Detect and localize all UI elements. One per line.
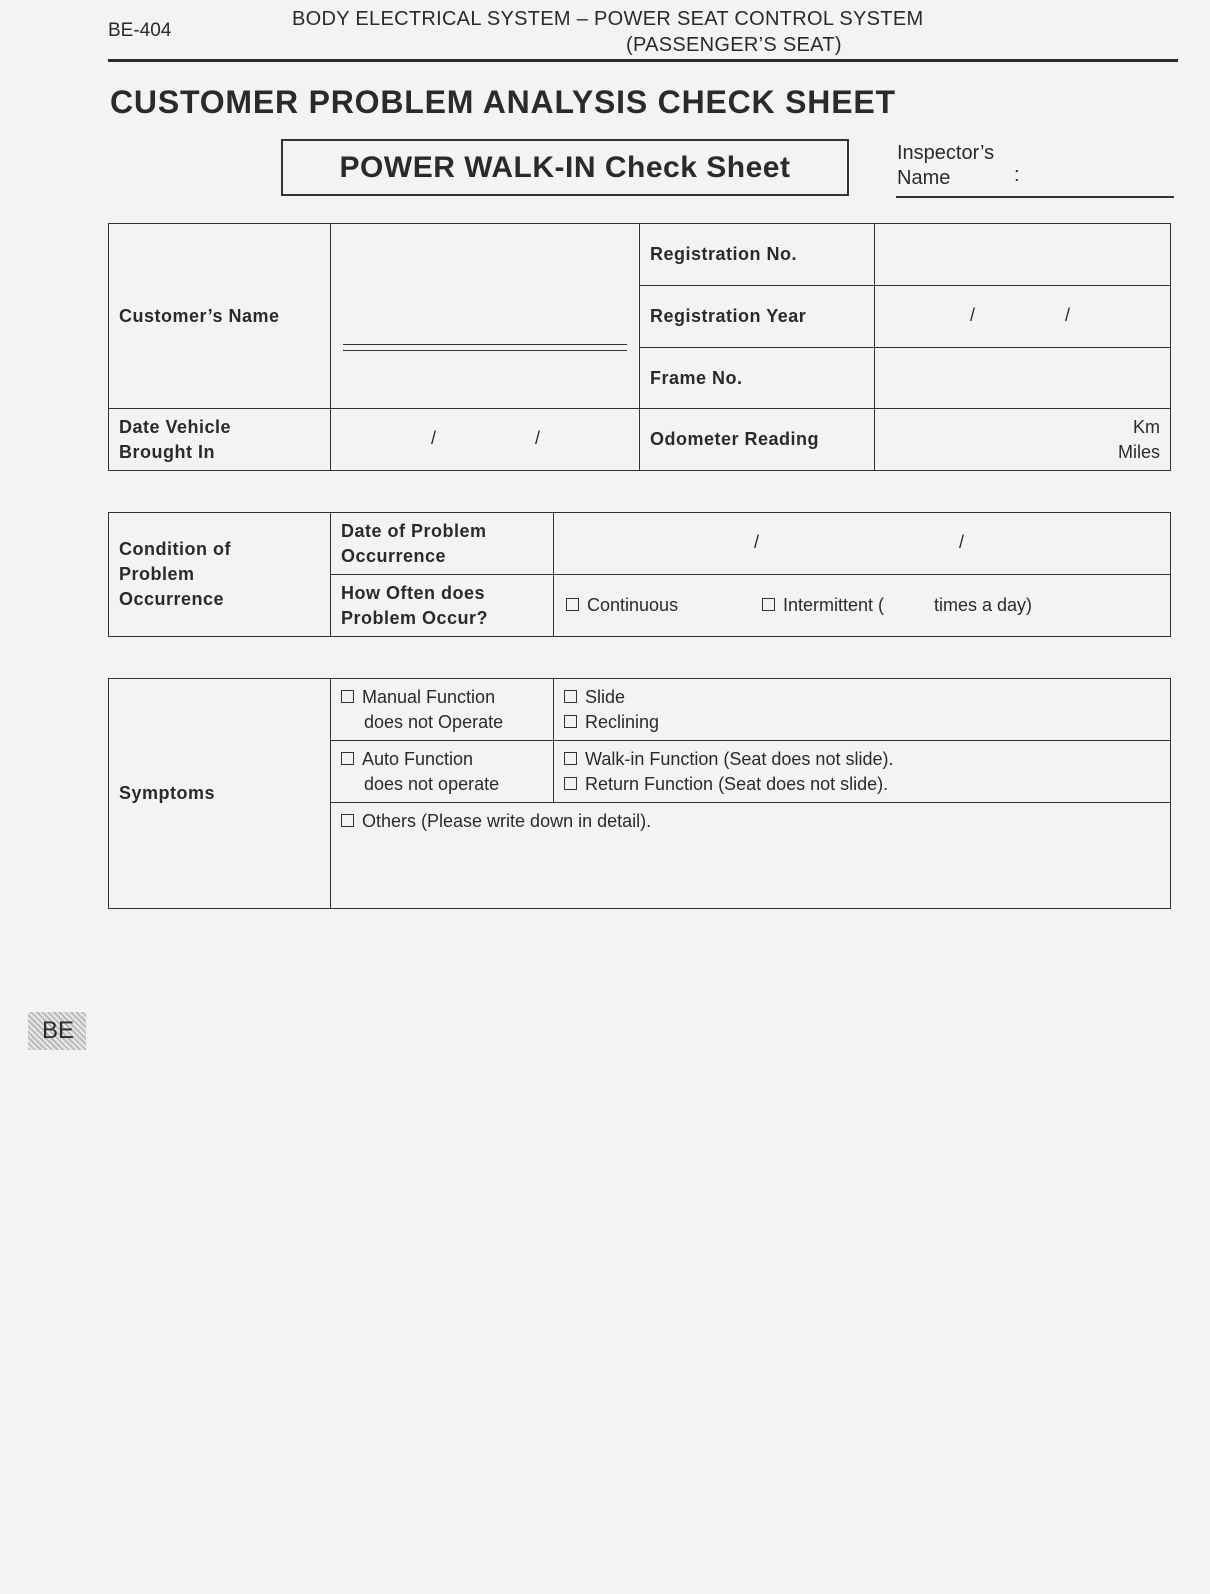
inspector-label-line2: Name: [897, 166, 994, 191]
registration-year-label: Registration Year: [640, 286, 875, 348]
condition-label: Condition of Problem Occurrence: [109, 513, 331, 637]
problem-date-label: Date of Problem Occurrence: [331, 513, 554, 575]
auto-function-option[interactable]: Auto Function does not operate: [331, 741, 554, 803]
date-separator: /: [959, 532, 964, 553]
symptoms-table: Symptoms Manual Function does not Operat…: [108, 678, 1171, 909]
checkbox-icon[interactable]: [564, 752, 577, 765]
registration-no-field[interactable]: [875, 224, 1171, 286]
inspector-label-line1: Inspector’s: [897, 141, 994, 166]
option-label: Walk-in Function (Seat does not slide).: [585, 749, 893, 769]
checkbox-icon[interactable]: [564, 690, 577, 703]
inspector-colon: :: [1014, 164, 1020, 187]
checkbox-icon[interactable]: [341, 752, 354, 765]
option-walk-in[interactable]: Walk-in Function (Seat does not slide).: [564, 747, 1160, 772]
checkbox-icon[interactable]: [341, 690, 354, 703]
checkbox-icon[interactable]: [566, 598, 579, 611]
label-line: Condition of: [119, 537, 320, 562]
customer-name-label: Customer’s Name: [109, 224, 331, 409]
odometer-field[interactable]: Km Miles: [875, 409, 1171, 471]
label-line: Occurrence: [119, 587, 320, 612]
option-slide[interactable]: Slide: [564, 685, 1160, 710]
option-label: Others (Please write down in detail).: [362, 811, 651, 831]
unit-km: Km: [885, 415, 1160, 440]
page-number: BE-404: [108, 20, 171, 42]
frequency-label: How Often does Problem Occur?: [331, 575, 554, 637]
label-line: Brought In: [119, 440, 320, 465]
frame-no-label: Frame No.: [640, 348, 875, 409]
label-line: Occurrence: [341, 544, 543, 569]
option-label: does not Operate: [341, 710, 543, 735]
option-label: Auto Function: [362, 749, 473, 769]
others-option[interactable]: Others (Please write down in detail).: [331, 803, 1171, 909]
header-rule: [108, 59, 1178, 62]
option-label: Manual Function: [362, 687, 495, 707]
section-tab-be: BE: [28, 1012, 86, 1050]
date-separator: /: [754, 532, 759, 553]
option-label: Reclining: [585, 712, 659, 732]
date-separator: /: [1065, 305, 1070, 326]
sheet-name: POWER WALK-IN Check Sheet: [340, 151, 791, 185]
checkbox-icon[interactable]: [564, 715, 577, 728]
auto-suboptions: Walk-in Function (Seat does not slide). …: [554, 741, 1171, 803]
date-brought-in-field[interactable]: / /: [331, 409, 640, 471]
inspector-label: Inspector’s Name: [897, 141, 994, 191]
option-label: Slide: [585, 687, 625, 707]
option-label: Intermittent (: [783, 595, 884, 615]
label-line: Problem: [119, 562, 320, 587]
frequency-options: Continuous Intermittent ( times a day): [554, 575, 1171, 637]
manual-suboptions: Slide Reclining: [554, 679, 1171, 741]
vehicle-info-table: Customer’s Name Registration No. Registr…: [108, 223, 1171, 471]
date-separator: /: [535, 428, 540, 449]
date-separator: /: [431, 428, 436, 449]
option-reclining[interactable]: Reclining: [564, 710, 1160, 735]
inspector-name-field[interactable]: [896, 196, 1174, 198]
problem-date-field[interactable]: / /: [554, 513, 1171, 575]
condition-table: Condition of Problem Occurrence Date of …: [108, 512, 1171, 637]
checkbox-icon[interactable]: [564, 777, 577, 790]
registration-no-label: Registration No.: [640, 224, 875, 286]
date-separator: /: [970, 305, 975, 326]
symptoms-label: Symptoms: [109, 679, 331, 909]
sheet-name-box: POWER WALK-IN Check Sheet: [281, 139, 849, 196]
frame-no-field[interactable]: [875, 348, 1171, 409]
label-line: Date of Problem: [341, 519, 543, 544]
option-return[interactable]: Return Function (Seat does not slide).: [564, 772, 1160, 797]
checkbox-icon[interactable]: [762, 598, 775, 611]
label-line: Problem Occur?: [341, 606, 543, 631]
label-line: Date Vehicle: [119, 415, 320, 440]
section-tab-label: BE: [42, 1017, 74, 1045]
option-intermittent[interactable]: Intermittent (: [762, 595, 884, 616]
times-a-day-label: times a day): [934, 595, 1032, 616]
date-brought-in-label: Date Vehicle Brought In: [109, 409, 331, 471]
name-double-rule: [343, 344, 627, 351]
page-title: CUSTOMER PROBLEM ANALYSIS CHECK SHEET: [110, 84, 896, 121]
customer-name-field[interactable]: [331, 224, 640, 409]
checkbox-icon[interactable]: [341, 814, 354, 827]
section-header-line2: (PASSENGER’S SEAT): [626, 34, 842, 57]
registration-year-field[interactable]: / /: [875, 286, 1171, 348]
section-header-line1: BODY ELECTRICAL SYSTEM – POWER SEAT CONT…: [292, 8, 923, 31]
option-label: Return Function (Seat does not slide).: [585, 774, 888, 794]
label-line: How Often does: [341, 581, 543, 606]
option-label: Continuous: [587, 595, 678, 615]
option-label: does not operate: [341, 772, 543, 797]
odometer-label: Odometer Reading: [640, 409, 875, 471]
unit-miles: Miles: [885, 440, 1160, 465]
manual-function-option[interactable]: Manual Function does not Operate: [331, 679, 554, 741]
option-continuous[interactable]: Continuous: [566, 595, 678, 616]
